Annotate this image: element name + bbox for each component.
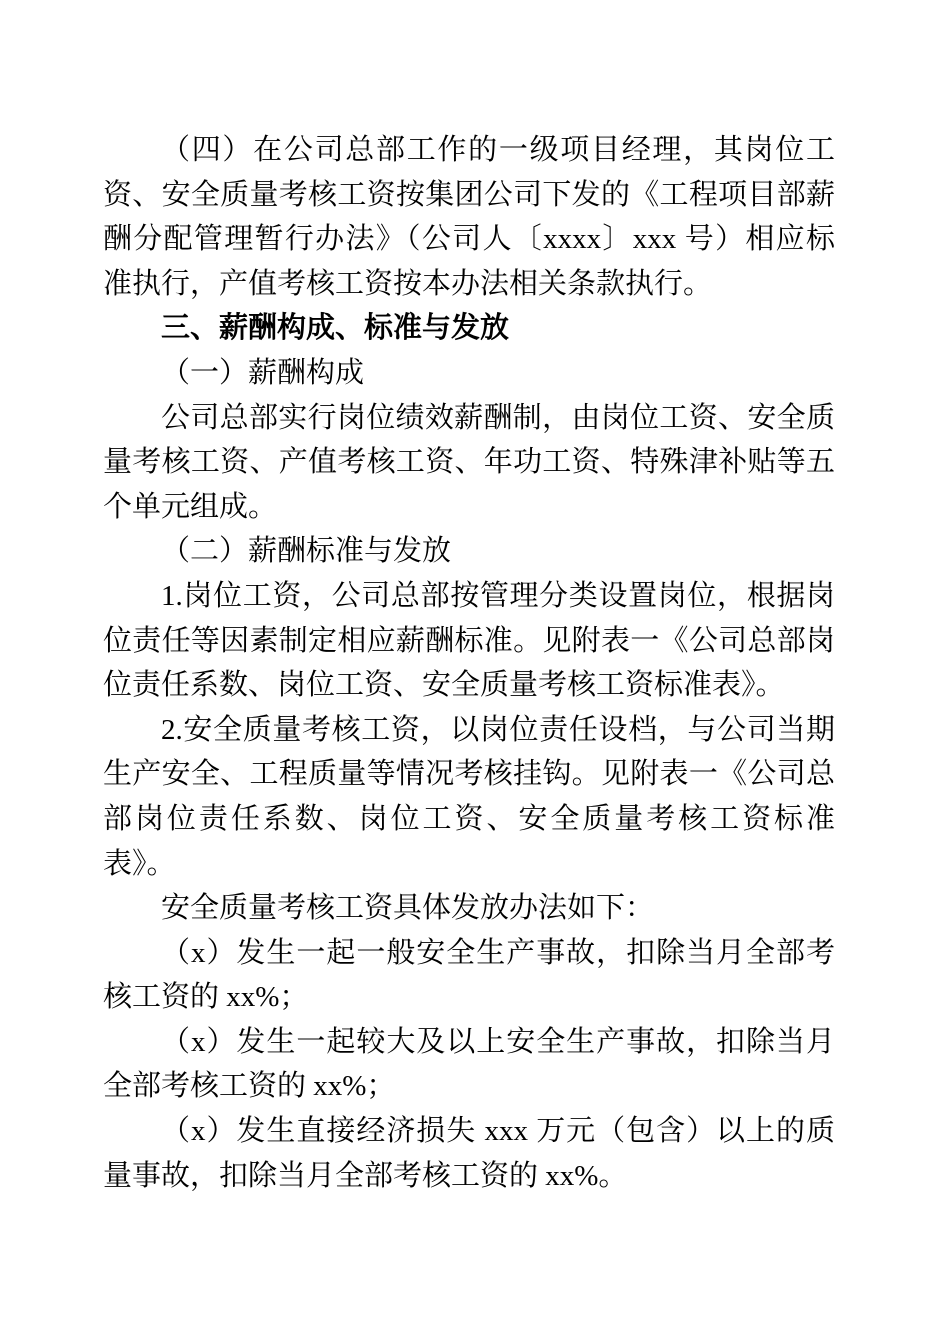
paragraph-salary-composition: 公司总部实行岗位绩效薪酬制，由岗位工资、安全质量考核工资、产值考核工资、年功工资… [103,396,835,530]
paragraph-payment-method-intro: 安全质量考核工资具体发放办法如下： [103,886,835,931]
subsection-heading-1: （一）薪酬构成 [103,351,835,396]
paragraph-item-2-safety-quality-wage: 2.安全质量考核工资，以岗位责任设档，与公司当期生产安全、工程质量等情况考核挂钩… [103,708,835,886]
paragraph-rule-major-accident: （x）发生一起较大及以上安全生产事故，扣除当月全部考核工资的 xx%； [103,1020,835,1109]
paragraph-rule-general-accident: （x）发生一起一般安全生产事故，扣除当月全部考核工资的 xx%； [103,931,835,1020]
document-body: （四）在公司总部工作的一级项目经理，其岗位工资、安全质量考核工资按集团公司下发的… [103,128,835,1198]
section-heading-3: 三、薪酬构成、标准与发放 [103,306,835,351]
paragraph-item-4: （四）在公司总部工作的一级项目经理，其岗位工资、安全质量考核工资按集团公司下发的… [103,128,835,306]
paragraph-rule-quality-accident: （x）发生直接经济损失 xxx 万元（包含）以上的质量事故，扣除当月全部考核工资… [103,1109,835,1198]
paragraph-item-1-post-wage: 1.岗位工资，公司总部按管理分类设置岗位，根据岗位责任等因素制定相应薪酬标准。见… [103,574,835,708]
document-page: （四）在公司总部工作的一级项目经理，其岗位工资、安全质量考核工资按集团公司下发的… [0,0,950,1344]
subsection-heading-2: （二）薪酬标准与发放 [103,529,835,574]
